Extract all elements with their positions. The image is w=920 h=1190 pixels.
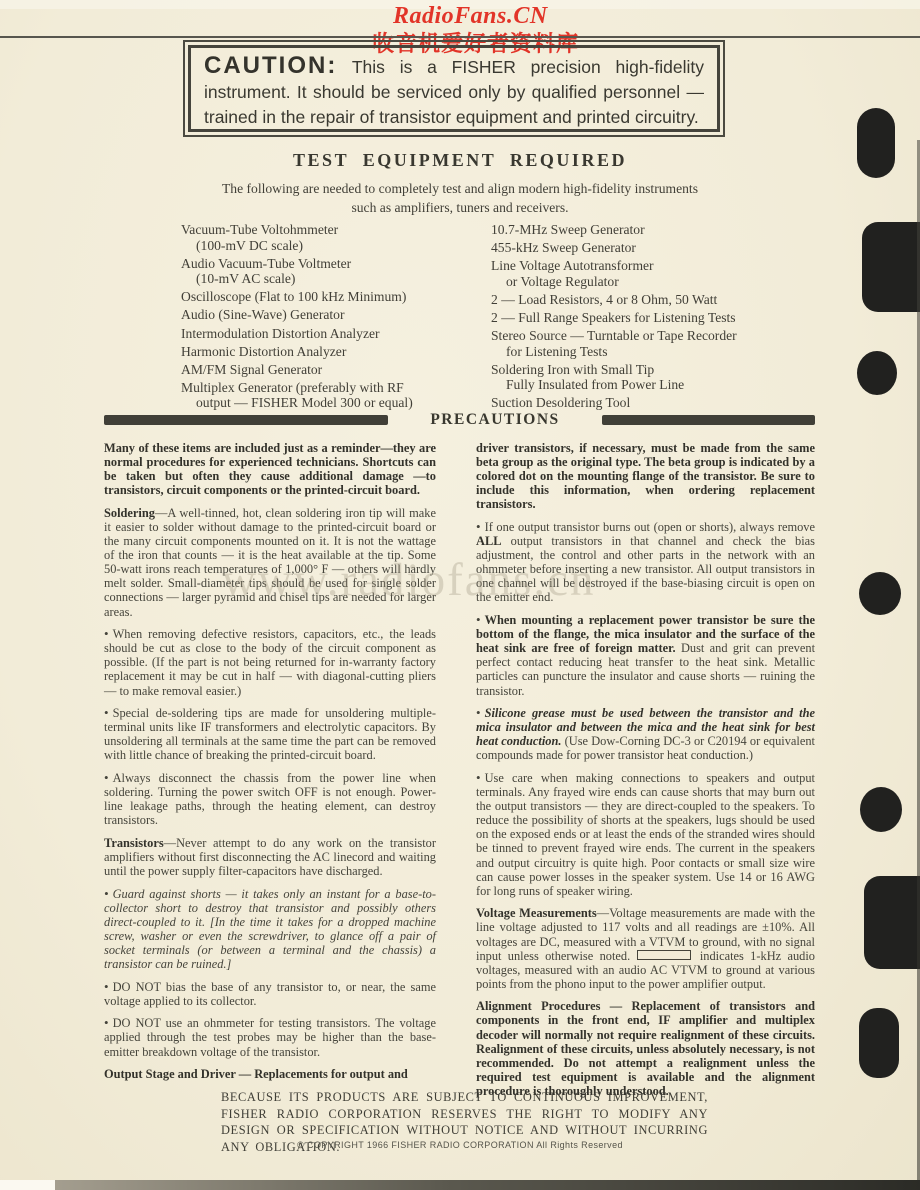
paragraph-text: —A well-tinned, hot, clean soldering iro… — [104, 506, 436, 619]
precaution-paragraph: •When mounting a replacement power trans… — [476, 613, 815, 698]
equipment-item: Line Voltage Autotransformer or Voltage … — [491, 258, 811, 289]
paragraph-text: Guard against shorts — it takes only an … — [104, 887, 436, 971]
precautions-bar-right — [602, 415, 815, 425]
precaution-paragraph: Output Stage and Driver — Replacements f… — [104, 1067, 436, 1081]
paragraph-text: Output Stage and Driver — Replacements f… — [104, 1067, 408, 1081]
service-manual-page: RadioFans.CN 收音机爱好者资料库 CAUTION: This is … — [0, 0, 920, 1190]
paragraph-text: If one output transistor burns out (open… — [485, 520, 815, 534]
paragraph-text: Use care when making connections to spea… — [476, 771, 815, 898]
equipment-list-right: 10.7-MHz Sweep Generator 455-kHz Sweep G… — [491, 222, 811, 414]
punch-mark — [860, 787, 902, 832]
punch-mark — [859, 572, 901, 615]
precaution-paragraph: •Use care when making connections to spe… — [476, 771, 815, 898]
precaution-paragraph: •DO NOT use an ohmmeter for testing tran… — [104, 1016, 436, 1058]
equipment-item: Suction Desoldering Tool — [491, 395, 811, 411]
bullet-icon: • — [476, 519, 485, 534]
paragraph-lead: Transistors — [104, 836, 164, 850]
paragraph-text: Alignment Procedures — Replacement of tr… — [476, 999, 815, 1098]
paragraph-text: output transistors in that channel and c… — [476, 534, 815, 604]
precaution-paragraph: •Always disconnect the chassis from the … — [104, 771, 436, 827]
bullet-icon: • — [476, 612, 485, 627]
punch-mark — [857, 351, 897, 395]
bullet-icon: • — [104, 886, 113, 901]
precaution-paragraph: Alignment Procedures — Replacement of tr… — [476, 999, 815, 1098]
scan-bottom-edge — [55, 1180, 920, 1190]
punch-mark — [857, 108, 895, 178]
equipment-item: 2 — Full Range Speakers for Listening Te… — [491, 310, 811, 326]
equipment-item: Multiplex Generator (preferably with RF … — [181, 380, 481, 411]
precaution-paragraph: •If one output transistor burns out (ope… — [476, 520, 815, 605]
precautions-title: PRECAUTIONS — [388, 411, 602, 429]
test-equipment-title: TEST EQUIPMENT REQUIRED — [0, 150, 920, 171]
caution-box-inner: CAUTION: This is a FISHER precision high… — [188, 45, 720, 132]
paragraph-text: When removing defective resistors, capac… — [104, 627, 436, 697]
precaution-paragraph: Voltage Measurements—Voltage measurement… — [476, 906, 815, 991]
caution-label: CAUTION: — [204, 52, 337, 79]
equipment-item: 10.7-MHz Sweep Generator — [491, 222, 811, 238]
bullet-icon: • — [476, 770, 485, 785]
punch-mark — [864, 876, 920, 969]
paragraph-lead: Soldering — [104, 506, 155, 520]
equipment-item: 455-kHz Sweep Generator — [491, 240, 811, 256]
paragraph-text: Special de-soldering tips are made for u… — [104, 706, 436, 762]
equipment-item: Audio Vacuum-Tube Voltmeter (10-mV AC sc… — [181, 256, 481, 287]
punch-mark — [862, 222, 920, 312]
paragraph-emphasis: ALL — [476, 534, 501, 548]
bullet-icon: • — [104, 705, 113, 720]
equipment-item: 2 — Load Resistors, 4 or 8 Ohm, 50 Watt — [491, 292, 811, 308]
equipment-item: Harmonic Distortion Analyzer — [181, 344, 481, 360]
caution-box: CAUTION: This is a FISHER precision high… — [183, 40, 725, 137]
equipment-item: Oscilloscope (Flat to 100 kHz Minimum) — [181, 289, 481, 305]
equipment-item: Audio (Sine-Wave) Generator — [181, 307, 481, 323]
caution-text: CAUTION: This is a FISHER precision high… — [204, 53, 704, 130]
radiofans-watermark-text: RadioFans.CN — [393, 3, 548, 30]
paragraph-lead: Voltage Measurements — [476, 906, 597, 920]
copyright-line: © COPYRIGHT 1966 FISHER RADIO CORPORATIO… — [0, 1140, 920, 1150]
equipment-item: Stereo Source — Turntable or Tape Record… — [491, 328, 811, 359]
precaution-paragraph: driver transistors, if necessary, must b… — [476, 441, 815, 511]
bullet-icon: • — [104, 1015, 113, 1030]
equipment-item: Intermodulation Distortion Analyzer — [181, 326, 481, 342]
precaution-paragraph: •When removing defective resistors, capa… — [104, 627, 436, 697]
paragraph-text: driver transistors, if necessary, must b… — [476, 441, 815, 511]
bullet-icon: • — [104, 626, 113, 641]
bullet-icon: • — [104, 979, 113, 994]
paragraph-text: Many of these items are included just as… — [104, 441, 436, 497]
precautions-column-right: driver transistors, if necessary, must b… — [476, 441, 815, 1107]
paragraph-text: DO NOT use an ohmmeter for testing trans… — [104, 1016, 436, 1058]
precaution-paragraph: Soldering—A well-tinned, hot, clean sold… — [104, 506, 436, 619]
bullet-icon: • — [104, 770, 113, 785]
precaution-paragraph: Many of these items are included just as… — [104, 441, 436, 497]
paragraph-text: Always disconnect the chassis from the p… — [104, 771, 436, 827]
precaution-paragraph: •Guard against shorts — it takes only an… — [104, 887, 436, 972]
equipment-item: AM/FM Signal Generator — [181, 362, 481, 378]
scan-bottom-corner — [0, 1180, 55, 1190]
precaution-paragraph: •Special de-soldering tips are made for … — [104, 706, 436, 762]
audio-voltage-box-symbol — [637, 950, 691, 960]
precaution-paragraph: •DO NOT bias the base of any transistor … — [104, 980, 436, 1008]
precaution-paragraph: Transistors—Never attempt to do any work… — [104, 836, 436, 878]
precaution-paragraph: •Silicone grease must be used between th… — [476, 706, 815, 762]
bullet-icon: • — [476, 705, 485, 720]
equipment-list-left: Vacuum-Tube Voltohmmeter (100-mV DC scal… — [181, 222, 481, 414]
precautions-bar-left — [104, 415, 388, 425]
paragraph-text: DO NOT bias the base of any transistor t… — [104, 980, 436, 1008]
test-equipment-intro: The following are needed to completely t… — [0, 179, 920, 217]
precautions-column-left: Many of these items are included just as… — [104, 441, 436, 1090]
punch-mark — [859, 1008, 899, 1078]
equipment-item: Soldering Iron with Small Tip Fully Insu… — [491, 362, 811, 393]
top-rule — [0, 36, 920, 38]
equipment-item: Vacuum-Tube Voltohmmeter (100-mV DC scal… — [181, 222, 481, 253]
precautions-header: PRECAUTIONS — [104, 411, 815, 429]
